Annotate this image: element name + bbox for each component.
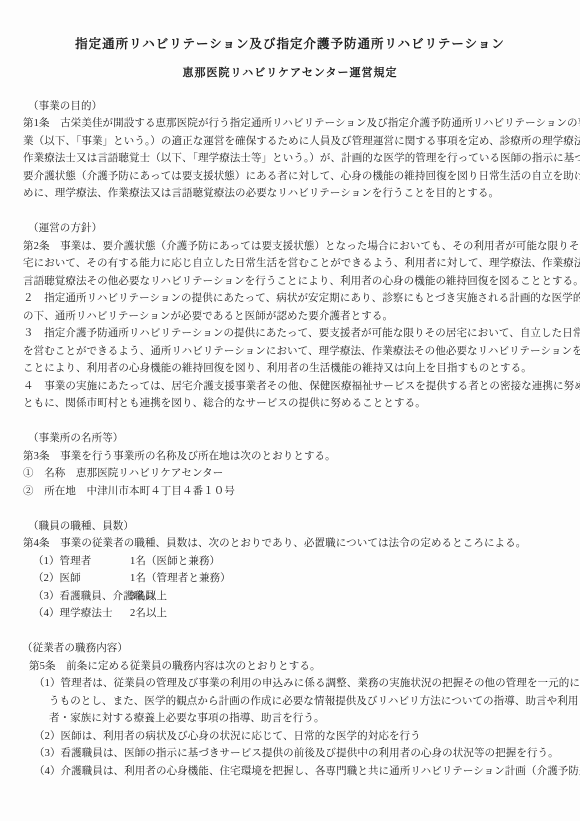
staff-role: （4）理学療法士 — [33, 605, 130, 623]
doc-line: を営むことができるよう、通所リハビリテーションにおいて、理学療法、作業療法その他… — [0, 343, 580, 361]
doc-line: ３ 指定介護予防通所リハビリテーションの提供にあたって、要支援者が可能な限りその… — [0, 325, 580, 343]
section: （事業の目的）第1条 古栄美佳が開設する恵那医院が行う指定通所リハビリテーション… — [0, 98, 580, 203]
staff-count: 1名（医師と兼務） — [130, 553, 580, 571]
section: （運営の方針）第2条 事業は、要介護状態（介護予防にあっては要支援状態）となった… — [0, 220, 580, 413]
document-title: 指定通所リハビリテーション及び指定介護予防通所リハビリテーション — [0, 36, 580, 52]
doc-line: 第3条 事業を行う事業所の名称及び所在地は次のとおりとする。 — [0, 448, 580, 466]
doc-line: めに、理学療法、作業療法又は言語聴覚療法の必要なリハビリテーションを行うことを目… — [0, 185, 580, 203]
doc-line: 要介護状態（介護予防にあっては要支援状態）にある者に対して、心身の機能の維持回復… — [0, 168, 580, 186]
doc-line: 言語聴覚療法その他必要なリハビリテーションを行うことにより、利用者の心身の機能の… — [0, 273, 580, 291]
doc-line: 業（以下、「事業」という。）の適正な運営を確保するために人員及び管理運営に関する… — [0, 133, 580, 151]
section: （事業所の名所等）第3条 事業を行う事業所の名称及び所在地は次のとおりとする。①… — [0, 430, 580, 500]
staff-row: （4）理学療法士2名以上 — [0, 605, 580, 623]
doc-line: ともに、関係市町村とも連携を図り、総合的なサービスの提供に努めることとする。 — [0, 395, 580, 413]
doc-line: 第5条 前条に定める従業員の職務内容は次のとおりとする。 — [0, 658, 580, 676]
doc-line: 第1条 古栄美佳が開設する恵那医院が行う指定通所リハビリテーション及び指定介護予… — [0, 115, 580, 133]
doc-line: うものとし、また、医学的観点から計画の作成に必要な情報提供及びリハビリ方法につい… — [0, 693, 580, 711]
staff-count: 1名（管理者と兼務） — [130, 570, 580, 588]
document-subtitle: 恵那医院リハビリケアセンター運営規定 — [0, 66, 580, 80]
document-page: 指定通所リハビリテーション及び指定介護予防通所リハビリテーション 恵那医院リハビ… — [0, 0, 580, 821]
doc-line: ことにより、利用者の心身機能の維持回復を図り、利用者の生活機能の維持又は向上を目… — [0, 360, 580, 378]
doc-line: （1）管理者は、従業員の管理及び事業の利用の申込みに係る調整、業務の実施状況の把… — [0, 675, 580, 693]
staff-role: （3）看護職員、介護職員 — [33, 588, 130, 606]
section-heading: （運営の方針） — [0, 220, 580, 238]
doc-line: ① 名称 恵那医院リハビリケアセンター — [0, 465, 580, 483]
doc-line: 第2条 事業は、要介護状態（介護予防にあっては要支援状態）となった場合においても… — [0, 238, 580, 256]
doc-line: ２ 指定通所リハビリテーションの提供にあたって、病状が安定期にあり、診察にもとづ… — [0, 290, 580, 308]
section-heading: （従業者の職務内容） — [0, 640, 580, 658]
doc-line: 第4条 事業の従業者の職種、員数は、次のとおりであり、必置職については法令の定め… — [0, 535, 580, 553]
staff-row: （1）管理者1名（医師と兼務） — [0, 553, 580, 571]
staff-role: （2）医師 — [33, 570, 130, 588]
doc-line: ② 所在地 中津川市本町４丁目４番１０号 — [0, 483, 580, 501]
section: （職員の職種、員数）第4条 事業の従業者の職種、員数は、次のとおりであり、必置職… — [0, 518, 580, 623]
doc-line: （3）看護職員は、医師の指示に基づきサービス提供の前後及び提供中の利用者の心身の… — [0, 745, 580, 763]
section: （従業者の職務内容）第5条 前条に定める従業員の職務内容は次のとおりとする。（1… — [0, 640, 580, 780]
doc-line: の下、通所リハビリテーションが必要であると医師が認めた要介護者とする。 — [0, 308, 580, 326]
doc-line: 作業療法士又は言語聴覚士（以下、「理学療法士等」という。）が、計画的な医学的管理… — [0, 150, 580, 168]
doc-line: （2）医師は、利用者の病状及び心身の状況に応じて、日常的な医学的対応を行う — [0, 728, 580, 746]
staff-role: （1）管理者 — [33, 553, 130, 571]
section-heading: （事業所の名所等） — [0, 430, 580, 448]
doc-line: ４ 事業の実施にあたっては、居宅介護支援事業者その他、保健医療福祉サービスを提供… — [0, 378, 580, 396]
doc-line: （4）介護職員は、利用者の心身機能、住宅環境を把握し、各専門職と共に通所リハビリ… — [0, 763, 580, 781]
section-heading: （職員の職種、員数） — [0, 518, 580, 536]
staff-count: 3名以上 — [130, 588, 580, 606]
document-body: （事業の目的）第1条 古栄美佳が開設する恵那医院が行う指定通所リハビリテーション… — [0, 98, 580, 781]
doc-line: 宅において、その有する能力に応じ自立した日常生活を営むことができるよう、利用者に… — [0, 255, 580, 273]
section-heading: （事業の目的） — [0, 98, 580, 116]
staff-count: 2名以上 — [130, 605, 580, 623]
staff-row: （3）看護職員、介護職員3名以上 — [0, 588, 580, 606]
doc-line: 者・家族に対する療養上必要な事項の指導、助言を行う。 — [0, 710, 580, 728]
staff-row: （2）医師1名（管理者と兼務） — [0, 570, 580, 588]
